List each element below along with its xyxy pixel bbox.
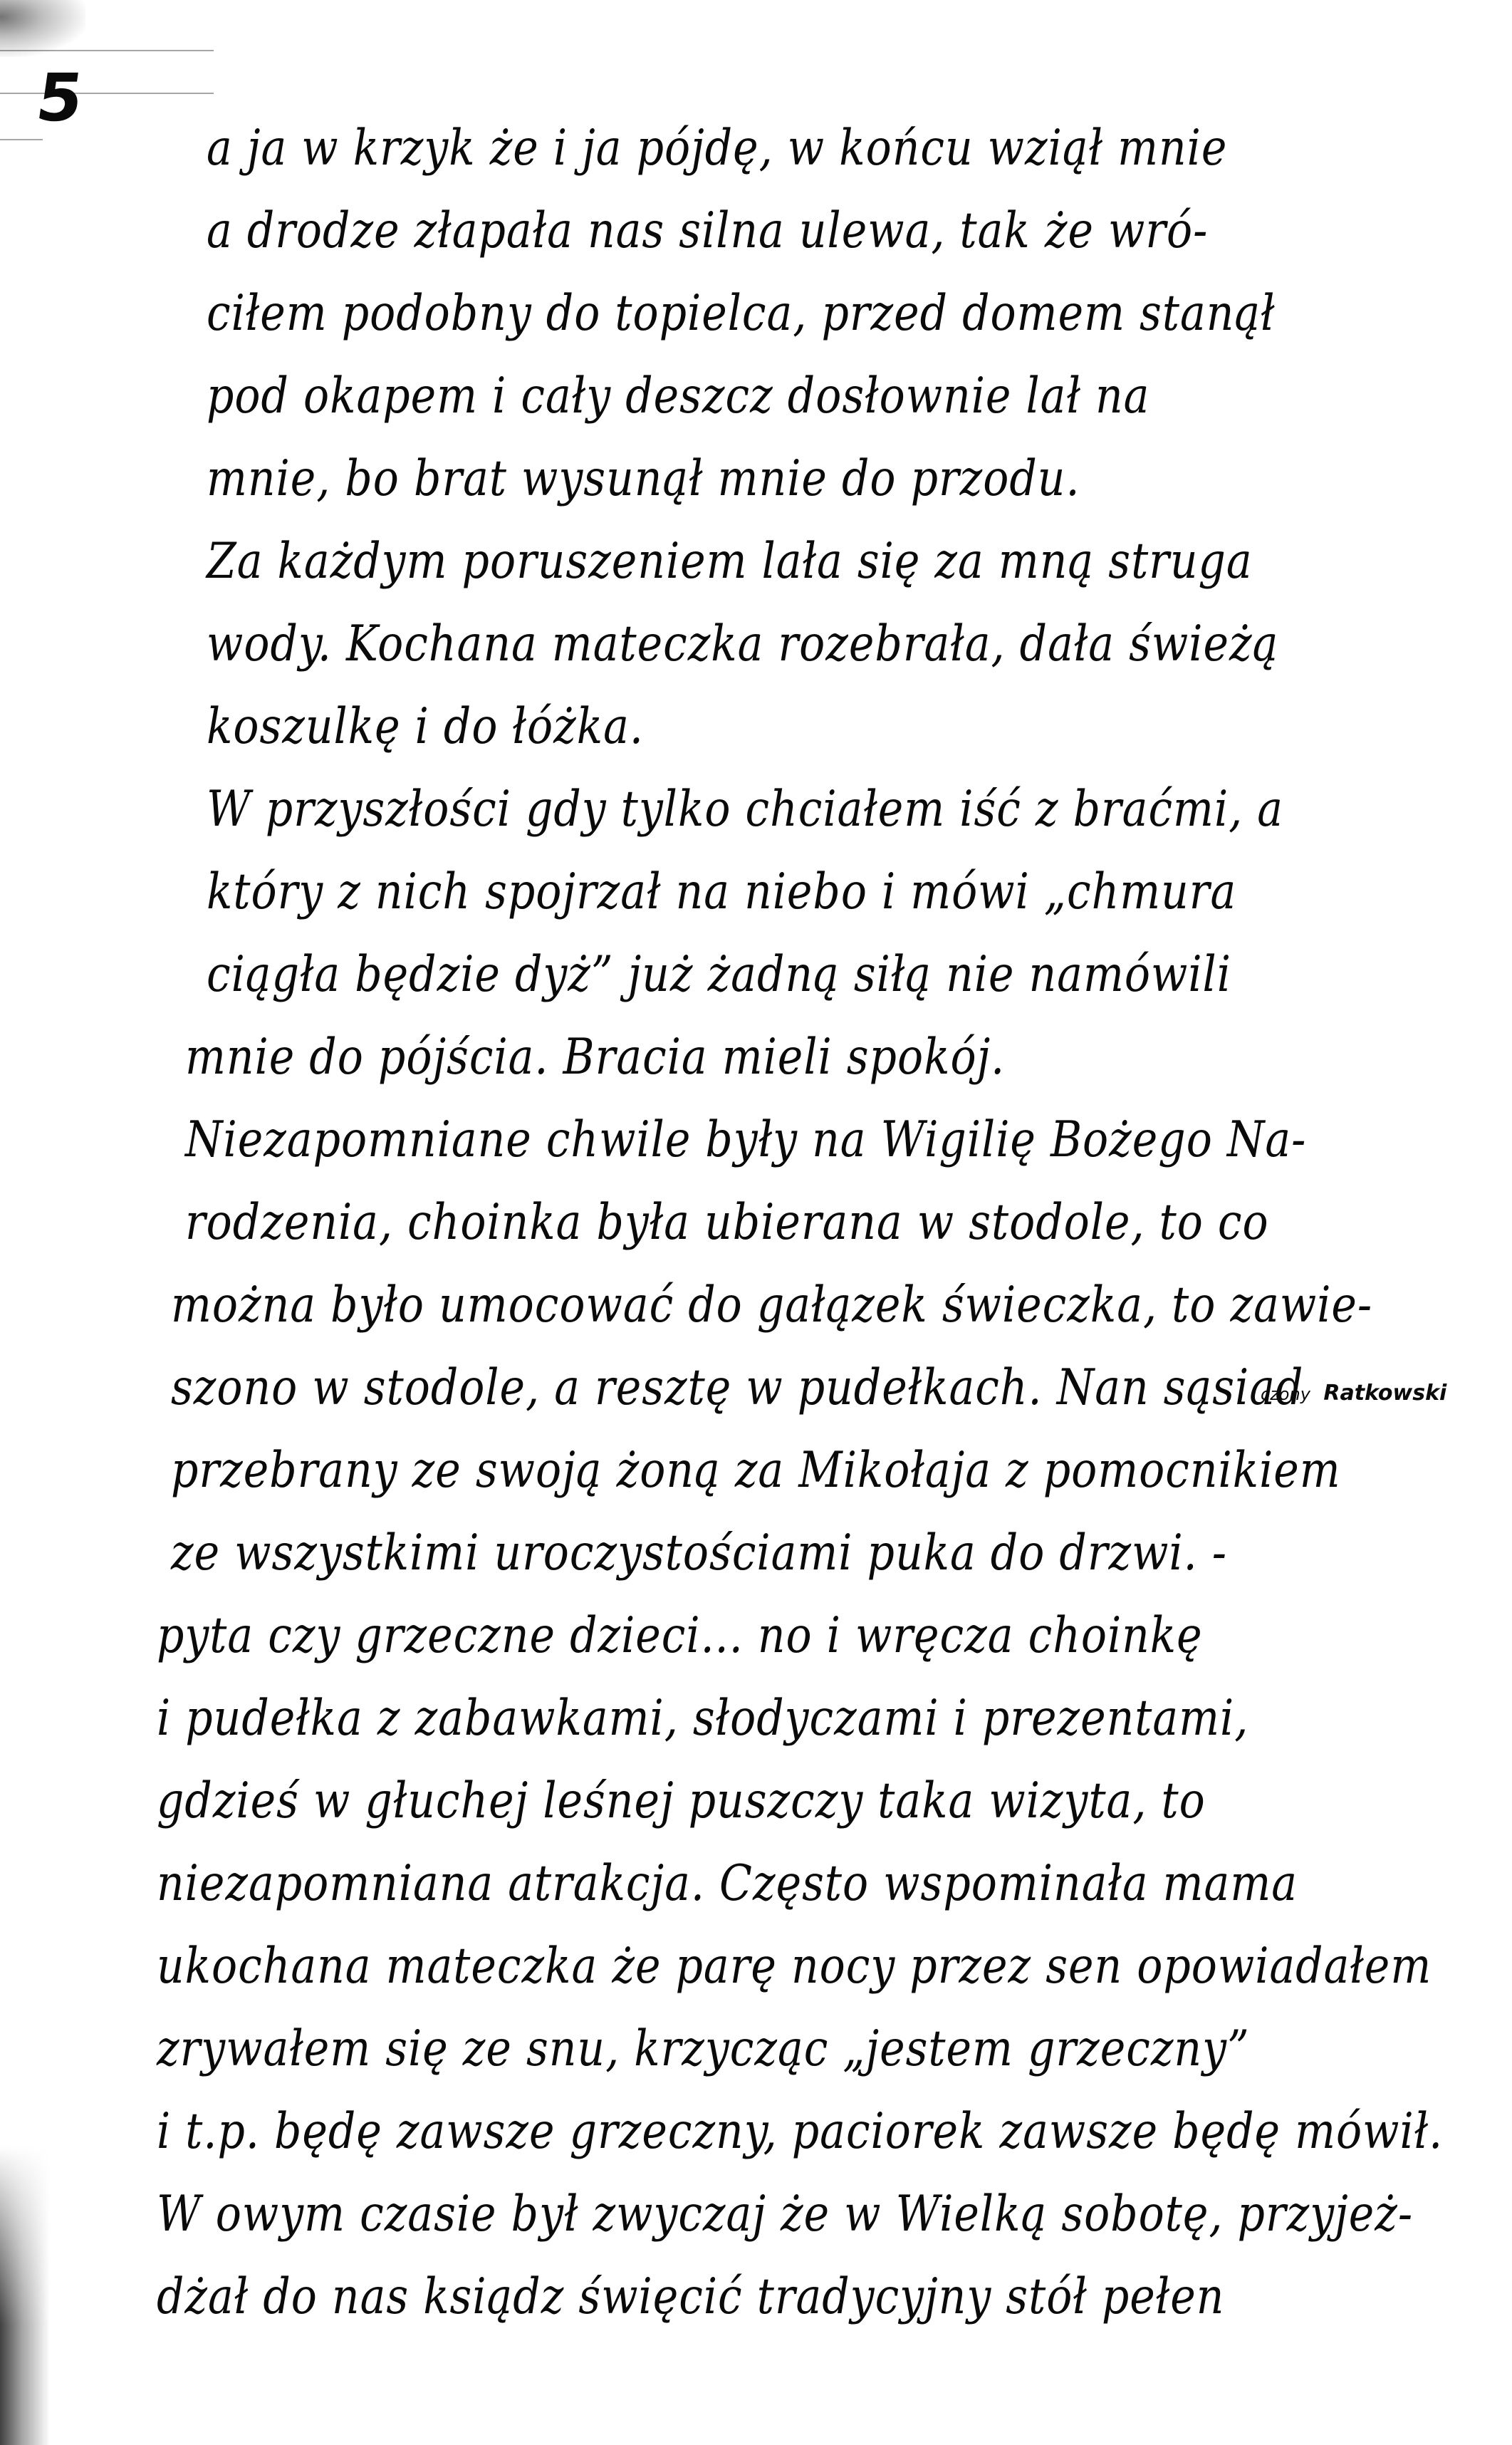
text-line: zrywałem się ze snu, krzycząc „jestem gr…: [157, 2001, 1481, 2096]
page-number: 5: [33, 66, 88, 131]
annotation-prefix: czony: [1261, 1384, 1310, 1404]
text-line: Za każdym poruszeniem lała się za mną st…: [207, 514, 1481, 608]
text-line: niezapomniana atrakcja. Często wspominał…: [157, 1836, 1481, 1931]
text-line: wody. Kochana mateczka rozebrała, dała ś…: [207, 596, 1481, 691]
text-line: przebrany ze swoją żoną za Mikołaja z po…: [171, 1423, 1481, 1517]
text-line: można było umocować do gałązek świeczka,…: [171, 1257, 1481, 1352]
text-line: pyta czy grzeczne dzieci... no i wręcza …: [157, 1588, 1481, 1683]
text-line: W przyszłości gdy tylko chciałem iść z b…: [207, 762, 1481, 856]
scan-artifact-top: [0, 0, 85, 57]
text-line: i pudełka z zabawkami, słodyczami i prez…: [157, 1671, 1481, 1765]
text-line: ukochana mateczka że parę nocy przez sen…: [157, 1919, 1481, 2013]
text-line: ze wszystkimi uroczystościami puka do dr…: [171, 1505, 1481, 1600]
scan-artifact-bottom: [0, 2146, 50, 2445]
scan-line: [0, 93, 214, 94]
text-line: i t.p. będę zawsze grzeczny, paciorek za…: [157, 2084, 1481, 2179]
manuscript-body: a ja w krzyk że i ja pójdę, w końcu wzią…: [207, 107, 1481, 2338]
text-line: który z nich spojrzał na niebo i mówi „c…: [207, 844, 1481, 939]
text-line: ciłem podobny do topielca, przed domem s…: [207, 266, 1481, 360]
margin-annotation: czony Ratkowski: [1261, 1381, 1446, 1406]
text-line: pod okapem i cały deszcz dosłownie lał n…: [207, 348, 1481, 443]
text-line: gdzieś w głuchej leśnej puszczy taka wiz…: [157, 1753, 1481, 1848]
scan-line: [0, 50, 214, 51]
scan-line: [0, 139, 43, 140]
text-line: mnie do pójścia. Bracia mieli spokój.: [185, 1009, 1481, 1104]
text-line: Niezapomniane chwile były na Wigilię Boż…: [185, 1092, 1481, 1187]
text-line: dżał do nas ksiądz święcić tradycyjny st…: [157, 2249, 1481, 2344]
text-line: mnie, bo brat wysunął mnie do przodu.: [207, 431, 1481, 526]
text-line: rodzenia, choinka była ubierana w stodol…: [185, 1175, 1481, 1270]
text-line: ciągła będzie dyż” już żadną siłą nie na…: [207, 927, 1481, 1022]
text-line: W owym czasie był zwyczaj że w Wielką so…: [157, 2166, 1481, 2261]
text-line: a ja w krzyk że i ja pójdę, w końcu wzią…: [207, 100, 1481, 195]
text-line: a drodze złapała nas silna ulewa, tak że…: [207, 183, 1481, 278]
text-line: koszulkę i do łóżka.: [207, 679, 1481, 774]
annotation-name: Ratkowski: [1323, 1381, 1446, 1406]
